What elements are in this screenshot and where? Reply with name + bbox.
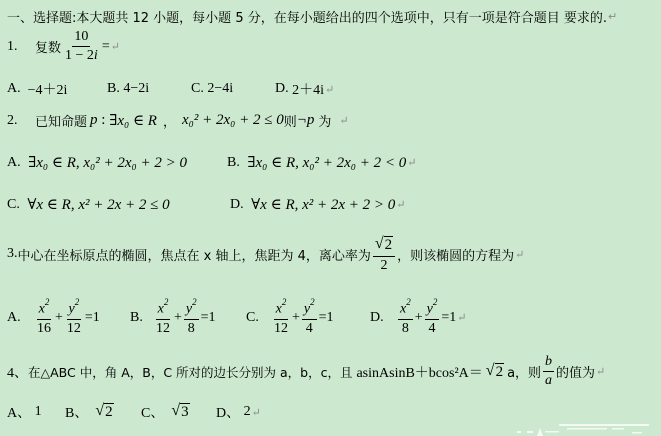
numerator: x2 (274, 300, 289, 320)
paragraph-mark-icon: ↵ (325, 83, 334, 96)
inequality: x₀² + 2x₀ + 2 ≤ 0 (182, 112, 284, 129)
numerator: y2 (67, 300, 82, 320)
denominator: 8 (400, 320, 411, 336)
option-value: 4−2i (123, 81, 149, 97)
exponent: 2 (282, 297, 287, 307)
paragraph-mark-icon: ↵ (111, 40, 120, 53)
option-value: −4＋2i (28, 79, 68, 99)
x-var: x (39, 302, 45, 317)
paragraph-mark-icon: ↵ (396, 198, 405, 211)
option-c[interactable]: C、 √3 (141, 402, 216, 422)
section-heading: 一、选择题:本大题共 12 小题，每小题 5 分，在每小题给出的四个选项中，只有… (7, 7, 617, 26)
question-number: 3. (7, 246, 18, 262)
sqrt-expression: √2 (375, 236, 393, 254)
numerator: y2 (302, 300, 317, 320)
option-value: 2 (244, 404, 251, 420)
option-a[interactable]: A. x216 + y212 =1 (7, 300, 130, 336)
option-a[interactable]: A. −4＋2i (7, 79, 107, 99)
sqrt-expression: √2 (95, 403, 113, 421)
option-value: ∀x ∈ R, x² + 2x + 2 ≤ 0 (27, 195, 169, 214)
radicand: 2 (104, 403, 114, 421)
option-label: D. (230, 197, 244, 213)
question-3: 3. 中心在坐标原点的椭圆，焦点在 x 轴上，焦距为 4，离心率为 √2 2 ，… (7, 236, 524, 273)
option-label: D. (275, 81, 289, 97)
option-label: A. (7, 310, 33, 326)
paragraph-mark-icon: ↵ (608, 10, 617, 23)
option-value: 2＋4i (292, 79, 324, 99)
plus-sign: + (292, 310, 300, 326)
plus-sign: + (415, 310, 423, 326)
watermark-graphic (507, 422, 657, 436)
option-a[interactable]: A. ∃x₀ ∈ R, x₀² + 2x₀ + 2 > 0 (7, 153, 227, 172)
question-stem: 中心在坐标原点的椭圆，焦点在 x 轴上，焦距为 4，离心率为 (18, 245, 371, 264)
then-word: 则 (284, 111, 297, 130)
numerator: x2 (37, 300, 52, 320)
option-value: ∀x ∈ R, x² + 2x + 2 > 0 (251, 195, 395, 214)
option-c[interactable]: C. 2−4i (191, 81, 275, 97)
y-var: y (427, 302, 433, 317)
x-term: x212 (154, 300, 172, 336)
option-c[interactable]: C. ∀x ∈ R, x² + 2x + 2 ≤ 0 (7, 195, 230, 214)
option-label: B. (107, 81, 120, 97)
question-2: 2. 已知命题 p : ∃x₀ ∈ R ， x₀² + 2x₀ + 2 ≤ 0 … (7, 111, 349, 130)
question-stem: 复数 (35, 37, 61, 56)
numerator: y2 (425, 300, 440, 320)
paragraph-mark-icon: ↵ (457, 311, 466, 324)
imag-unit: i (94, 48, 98, 63)
denominator: 12 (272, 320, 290, 336)
question-4-options: A、 1 B、 √2 C、 √3 D、 2↵ (7, 402, 261, 422)
radicand: 2 (495, 363, 505, 381)
numerator: y2 (184, 300, 199, 320)
stem-after-sqrt: a，则 (507, 362, 541, 381)
option-label: B. (130, 310, 152, 326)
exponent: 2 (433, 297, 438, 307)
exponent: 2 (45, 297, 50, 307)
denominator: a (543, 372, 554, 388)
exponent: 2 (406, 297, 411, 307)
option-c[interactable]: C. x212 + y24 =1 (246, 300, 370, 336)
option-d[interactable]: D. ∀x ∈ R, x² + 2x + 2 > 0↵ (230, 195, 406, 214)
option-b[interactable]: B. ∃x₀ ∈ R, x₀² + 2x₀ + 2 < 0↵ (227, 153, 416, 172)
stem-suffix: 为 (318, 111, 331, 130)
equals-sign: = (102, 39, 110, 55)
option-a[interactable]: A、 1 (7, 402, 65, 422)
y-term: y28 (184, 300, 199, 336)
sqrt-expression: √2 (486, 363, 504, 381)
exponent: 2 (310, 297, 315, 307)
rhs: =1 (85, 310, 100, 326)
radical-icon: √ (375, 236, 384, 252)
radicand: 2 (384, 236, 394, 254)
option-d[interactable]: D、 2↵ (216, 402, 261, 422)
denominator: 2 (379, 257, 390, 273)
paragraph-mark-icon: ↵ (407, 156, 416, 169)
option-b[interactable]: B. x212 + y28 =1 (130, 300, 246, 336)
plus-sign: + (174, 310, 182, 326)
option-value: ∃x₀ ∈ R, x₀² + 2x₀ + 2 < 0 (247, 153, 406, 172)
question-1-options: A. −4＋2i B. 4−2i C. 2−4i D. 2＋4i↵ (7, 79, 334, 99)
option-label: B、 (65, 402, 88, 422)
question-number: 2. (7, 113, 35, 129)
x-term: x216 (35, 300, 53, 336)
denominator: 8 (186, 320, 197, 336)
radical-icon: √ (95, 403, 104, 419)
eccentricity-fraction: √2 2 (373, 236, 395, 273)
radicand: 3 (180, 403, 190, 421)
y-var: y (69, 302, 75, 317)
numerator: x2 (398, 300, 413, 320)
option-d[interactable]: D. 2＋4i↵ (275, 79, 334, 99)
x-term: x28 (398, 300, 413, 336)
rhs: =1 (319, 310, 334, 326)
exists-clause: ∃x₀ ∈ R (109, 111, 157, 130)
proposition-p: p (90, 112, 98, 129)
x-var: x (158, 302, 164, 317)
numerator: x2 (156, 300, 171, 320)
question-4: 4、 在△ABC 中，角 A，B，C 所对的边长分别为 a，b，c，且 asin… (7, 355, 605, 388)
option-label: D. (370, 310, 396, 326)
y-term: y24 (425, 300, 440, 336)
numerator: 10 (72, 30, 90, 47)
fraction: 10 1 − 2i (63, 30, 100, 63)
exponent: 2 (192, 297, 197, 307)
option-b[interactable]: B. 4−2i (107, 81, 191, 97)
question-3-options: A. x216 + y212 =1 B. x212 + y28 =1 C. x2… (7, 300, 466, 336)
ratio-fraction: b a (543, 355, 554, 388)
negation-p: ¬p (297, 112, 315, 129)
question-2-options-row1: A. ∃x₀ ∈ R, x₀² + 2x₀ + 2 > 0 B. ∃x₀ ∈ R… (7, 153, 416, 172)
option-label: D、 (216, 402, 240, 422)
exponent: 2 (75, 297, 80, 307)
y-term: y24 (302, 300, 317, 336)
option-label: C. (246, 310, 270, 326)
denominator: 12 (65, 320, 83, 336)
paragraph-mark-icon: ↵ (252, 406, 261, 419)
stem-suffix: 的值为 (556, 362, 595, 381)
denominator: 16 (35, 320, 53, 336)
rhs: =1 (441, 310, 456, 326)
x-var: x (276, 302, 282, 317)
question-number: 4、 (7, 362, 28, 382)
plus-sign: + (55, 310, 63, 326)
option-label: C、 (141, 402, 164, 422)
radical-icon: √ (171, 403, 180, 419)
option-value: 1 (35, 404, 42, 420)
question-1: 1. 复数 10 1 − 2i = ↵ (7, 30, 120, 63)
section-heading-text: 一、选择题:本大题共 12 小题，每小题 5 分，在每小题给出的四个选项中，只有… (7, 7, 607, 26)
rhs: =1 (201, 310, 216, 326)
sqrt-expression: √3 (171, 403, 189, 421)
paragraph-mark-icon: ↵ (339, 114, 348, 127)
den-text: 1 − 2 (65, 48, 94, 63)
option-label: C. (7, 197, 20, 213)
stem-suffix: ，则该椭圆的方程为 (397, 245, 514, 264)
denominator: 12 (154, 320, 172, 336)
option-label: C. (191, 81, 204, 97)
question-stem: 已知命题 (35, 111, 87, 130)
x-term: x212 (272, 300, 290, 336)
numerator: √2 (373, 236, 395, 257)
radical-icon: √ (486, 363, 495, 379)
option-d[interactable]: D. x28 + y24 =1 ↵ (370, 300, 466, 336)
denominator: 4 (304, 320, 315, 336)
option-b[interactable]: B、 √2 (65, 402, 141, 422)
equation-lhs: asinAsinB＋bcos²A＝ (356, 362, 482, 382)
question-stem: 在△ABC 中，角 A，B，C 所对的边长分别为 a，b，c，且 (28, 363, 352, 381)
question-2-options-row2: C. ∀x ∈ R, x² + 2x + 2 ≤ 0 D. ∀x ∈ R, x²… (7, 195, 406, 214)
numerator: b (543, 355, 554, 372)
option-label: A、 (7, 402, 31, 422)
denominator: 4 (426, 320, 437, 336)
y-term: y212 (65, 300, 83, 336)
option-label: B. (227, 155, 240, 171)
option-label: A. (7, 81, 21, 97)
denominator: 1 − 2i (63, 47, 100, 63)
option-value: 2−4i (207, 81, 233, 97)
option-label: A. (7, 155, 21, 171)
paragraph-mark-icon: ↵ (596, 365, 605, 378)
paragraph-mark-icon: ↵ (515, 248, 524, 261)
question-number: 1. (7, 39, 35, 55)
option-value: ∃x₀ ∈ R, x₀² + 2x₀ + 2 > 0 (28, 153, 187, 172)
exponent: 2 (164, 297, 169, 307)
